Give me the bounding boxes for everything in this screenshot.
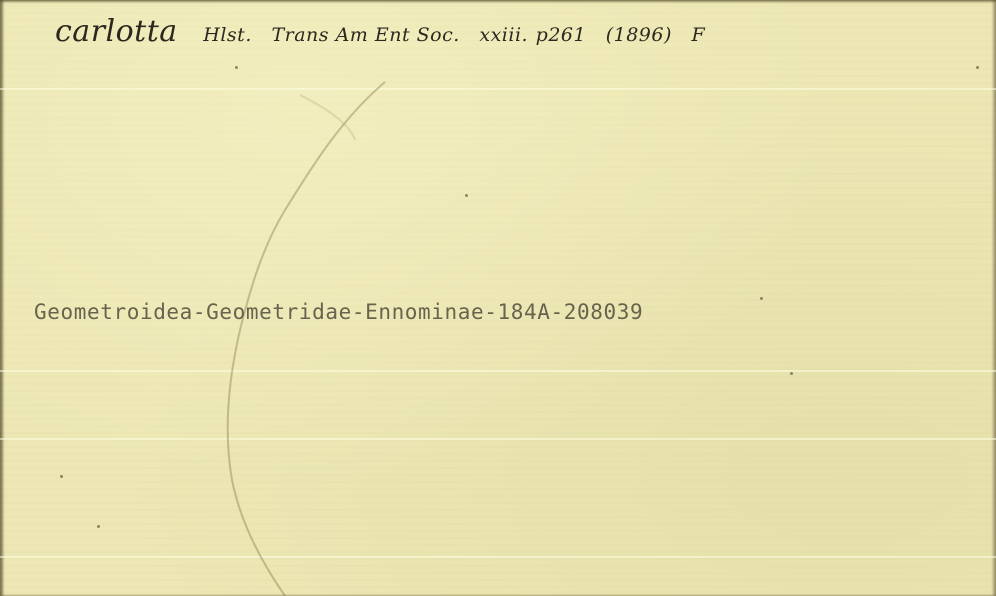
classification-code: Geometroidea-Geometridae-Ennominae-184A-… bbox=[34, 300, 643, 324]
index-card: carlotta Hlst. Trans Am Ent Soc. xxiii. … bbox=[0, 0, 996, 596]
handwritten-reference: carlotta Hlst. Trans Am Ent Soc. xxiii. … bbox=[55, 14, 719, 49]
speck bbox=[60, 475, 63, 478]
speck bbox=[976, 66, 979, 69]
card-mark: F bbox=[691, 24, 705, 46]
scan-streak bbox=[0, 88, 996, 90]
scan-streak bbox=[0, 438, 996, 440]
speck bbox=[235, 66, 238, 69]
volume-number: xxiii. bbox=[479, 24, 528, 46]
speck bbox=[465, 194, 468, 197]
scan-streak bbox=[0, 556, 996, 558]
page-number: p261 bbox=[536, 24, 586, 46]
author-abbreviation: Hlst. bbox=[203, 24, 252, 46]
species-name: carlotta bbox=[55, 14, 178, 49]
scan-streak bbox=[0, 370, 996, 372]
speck bbox=[760, 297, 763, 300]
publication-year: (1896) bbox=[606, 24, 672, 46]
speck bbox=[790, 372, 793, 375]
speck bbox=[97, 525, 100, 528]
journal-name: Trans Am Ent Soc. bbox=[271, 24, 459, 46]
